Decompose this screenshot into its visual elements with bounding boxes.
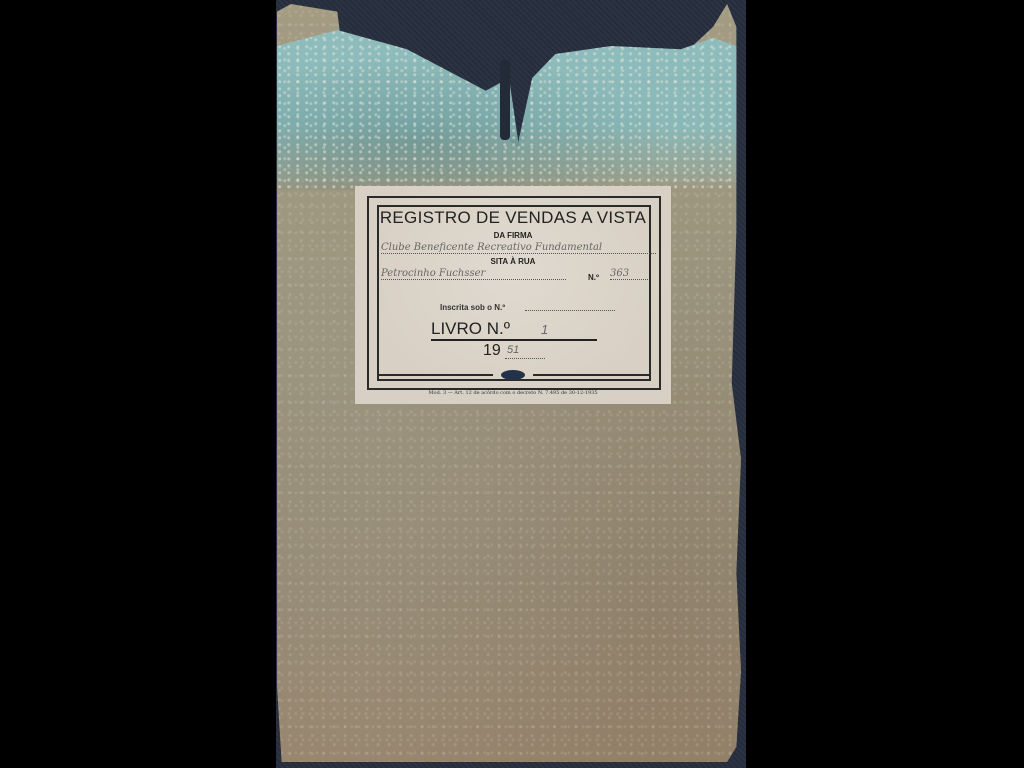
livro-label: LIVRO N.º	[431, 319, 597, 341]
sita-a-rua-label: SITA À RUA	[355, 257, 671, 266]
da-firma-label: DA FIRMA	[355, 231, 671, 240]
bottom-rule-left	[377, 374, 493, 376]
numero-label: N.º	[588, 273, 599, 282]
ledger-label: REGISTRO DE VENDAS A VISTA DA FIRMA Club…	[355, 186, 671, 404]
year-prefix: 19	[483, 342, 501, 360]
firma-value: Clube Beneficente Recreativo Fundamental	[381, 242, 656, 254]
rua-value: Petrocinho Fuchsser	[381, 268, 566, 280]
label-title: REGISTRO DE VENDAS A VISTA	[355, 208, 671, 228]
label-footer: Mod. 3 — Art. 12 de acôrdo com o decreto…	[355, 390, 671, 396]
inscrita-field-line	[525, 310, 615, 311]
numero-value: 363	[610, 268, 648, 280]
paper-tear	[500, 60, 510, 140]
publisher-logo-icon	[501, 370, 525, 380]
inscrita-label: Inscrita sob o N.º	[440, 303, 505, 312]
year-field-line	[505, 358, 545, 359]
year-value: 51	[507, 344, 519, 356]
livro-value: 1	[541, 322, 548, 337]
bottom-rule-right	[533, 374, 649, 376]
